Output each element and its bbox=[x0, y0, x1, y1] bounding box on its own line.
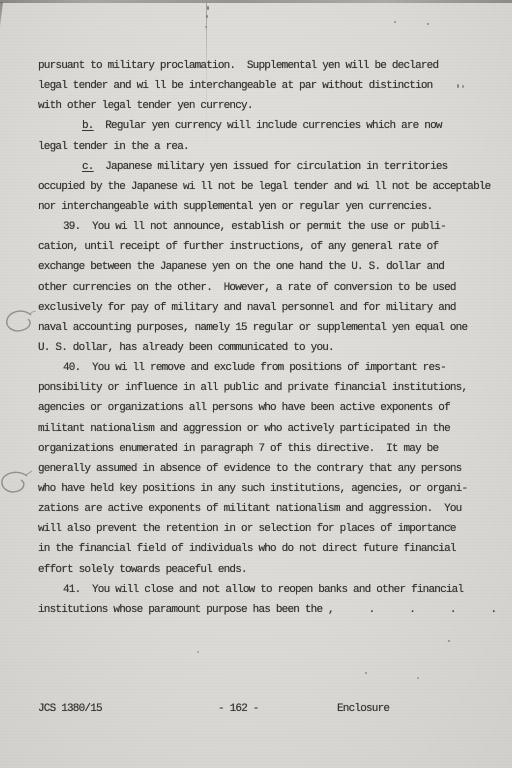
document-line: cation, until receipt of further instruc… bbox=[38, 237, 504, 257]
document-line: c. Japanese military yen issued for circ… bbox=[38, 157, 504, 177]
document-line: exclusively for pay of military and nava… bbox=[38, 298, 504, 318]
document-line: 41. You will close and not allow to reop… bbox=[38, 580, 504, 600]
pencil-loop-icon bbox=[0, 467, 33, 501]
document-line: zations are active exponents of militant… bbox=[38, 499, 504, 519]
ink-speck bbox=[197, 651, 199, 653]
document-line: organizations enumerated in paragraph 7 … bbox=[38, 439, 504, 459]
document-line: militant nationalism and aggression or w… bbox=[38, 419, 504, 439]
document-line: who have held key positions in any such … bbox=[38, 479, 504, 499]
document-line: effort solely towards peaceful ends. bbox=[38, 560, 504, 580]
footer-doc-number: JCS 1380/15 bbox=[38, 699, 102, 719]
document-line: agencies or organizations all persons wh… bbox=[38, 398, 504, 418]
document-line: nor interchangeable with supplemental ye… bbox=[38, 197, 504, 217]
document-line: will also prevent the retention in or se… bbox=[38, 519, 504, 539]
scan-top-edge bbox=[0, 0, 512, 3]
ink-speck bbox=[394, 21, 396, 23]
document-line: legal tender and wi ll be interchangeabl… bbox=[38, 76, 504, 96]
document-line: 40. You wi ll remove and exclude from po… bbox=[38, 358, 504, 378]
document-line: legal tender in the a rea. bbox=[38, 137, 504, 157]
document-line: exchange between the Japanese yen on the… bbox=[38, 257, 504, 277]
document-line: b. Regular yen currency will include cur… bbox=[38, 116, 504, 136]
subparagraph-letter: b. bbox=[82, 120, 94, 132]
text-block: pursuant to military proclamation. Suppl… bbox=[38, 56, 504, 620]
document-line: pursuant to military proclamation. Suppl… bbox=[38, 56, 504, 76]
ink-speck bbox=[207, 6, 209, 10]
subparagraph-letter: c. bbox=[82, 161, 94, 173]
document-line: occupied by the Japanese wi ll not be le… bbox=[38, 177, 504, 197]
ink-speck bbox=[448, 640, 450, 642]
ink-speck bbox=[427, 23, 429, 25]
document-line: naval accounting purposes, namely 15 reg… bbox=[38, 318, 504, 338]
scanned-document-page: pursuant to military proclamation. Suppl… bbox=[0, 0, 512, 768]
document-line: in the financial field of individuals wh… bbox=[38, 539, 504, 559]
document-line: U. S. dollar, has already been communica… bbox=[38, 338, 504, 358]
document-line: generally assumed in absence of evidence… bbox=[38, 459, 504, 479]
ink-speck bbox=[365, 672, 367, 674]
document-line: institutions whose paramount purpose has… bbox=[38, 600, 504, 620]
document-line: other currencies on the other. However, … bbox=[38, 278, 504, 298]
footer-page-number: - 162 - bbox=[218, 699, 259, 719]
document-line: ponsibility or influence in all public a… bbox=[38, 378, 504, 398]
footer-enclosure-label: Enclosure bbox=[337, 699, 389, 719]
document-line: 39. You wi ll not announce, establish or… bbox=[38, 217, 504, 237]
scan-left-edge bbox=[0, 2, 3, 74]
pencil-loop-icon bbox=[2, 305, 38, 339]
document-line: with other legal tender yen currency. bbox=[38, 96, 504, 116]
page-footer: JCS 1380/15 - 162 - Enclosure bbox=[0, 699, 512, 719]
ink-speck bbox=[417, 677, 419, 679]
